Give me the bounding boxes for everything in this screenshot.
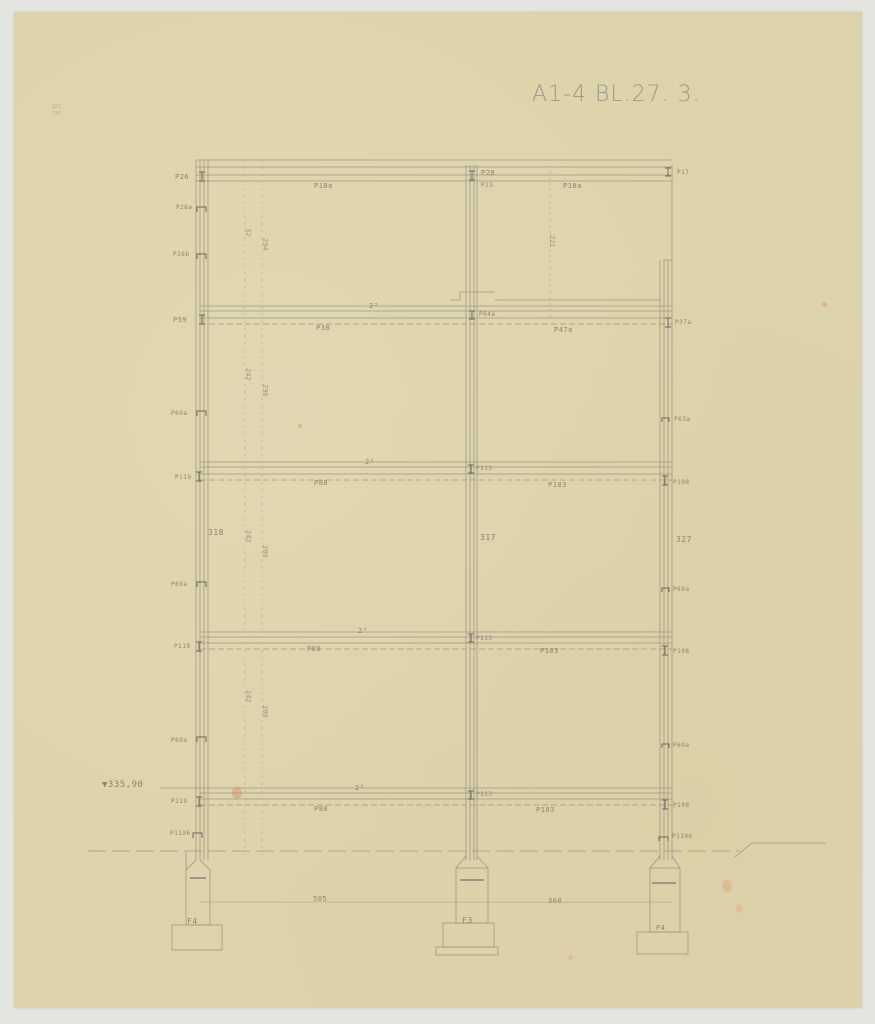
label-center-5: P113 — [476, 791, 492, 798]
beam-label-right-1: P47a — [554, 326, 573, 334]
label-right-0: P17 — [677, 169, 689, 176]
beam-label-right-3: P103 — [540, 647, 559, 655]
label-right-3: P108 — [673, 479, 689, 486]
label-center-1: P23 — [481, 182, 493, 189]
dimension-text: 32 — [244, 228, 252, 236]
column-section-right: 327 — [676, 535, 692, 544]
elevation-mark: ▼335,90 — [102, 780, 143, 790]
slab-label-2: 2³ — [358, 627, 367, 635]
dimension-text: 242 — [244, 530, 252, 543]
dimension-text: 242 — [244, 368, 252, 381]
label-left-8: P69a — [171, 737, 187, 744]
label-left-1: P26a — [176, 204, 192, 211]
label-left-3: P59 — [173, 316, 187, 324]
beam-label-left-0: P18a — [314, 182, 333, 190]
label-left-6: P69a — [171, 581, 187, 588]
label-left-7: P119 — [174, 643, 190, 650]
footing-label-left: F4 — [187, 917, 198, 926]
beam-label-left-2: P88 — [314, 479, 328, 487]
beam-label-left-4: P88 — [314, 805, 328, 813]
label-right-8: P1196 — [672, 833, 693, 840]
column-section-left: 318 — [208, 528, 224, 537]
label-left-2: P26b — [173, 251, 189, 258]
label-right-2: P63a — [674, 416, 690, 423]
label-center-0: P20 — [481, 169, 495, 177]
label-right-5: P108 — [673, 648, 689, 655]
footing-label-center: F3 — [462, 916, 473, 925]
label-center-3: P113 — [476, 465, 492, 472]
sheet-title: A1-4 BL.27. 3. — [532, 82, 701, 107]
beam-label-left-1: P38 — [316, 324, 330, 332]
footing-label-right: F4 — [656, 924, 665, 932]
dimension-text: 221 — [548, 235, 556, 248]
slab-label-1: 2³ — [365, 458, 374, 466]
span-dimension-right: 360 — [548, 897, 562, 905]
dimension-text: 242 — [244, 690, 252, 703]
span-dimension-left: 505 — [313, 895, 327, 903]
label-right-4: P69a — [673, 586, 689, 593]
label-center-2: P64a — [479, 311, 495, 318]
structural-section-drawing — [0, 0, 875, 1024]
beam-label-right-0: P18a — [563, 182, 582, 190]
label-left-0: P26 — [175, 173, 189, 181]
label-right-6: P69a — [673, 742, 689, 749]
label-left-9: P119 — [171, 798, 187, 805]
dimension-text: 294 — [261, 238, 269, 251]
dimension-text: 296 — [261, 384, 269, 397]
beam-label-left-3: P88 — [307, 645, 321, 653]
beam-label-right-2: P103 — [548, 481, 567, 489]
label-center-4: P113 — [476, 635, 492, 642]
label-left-5: P119 — [175, 474, 191, 481]
label-left-10: P1196 — [170, 830, 191, 837]
corner-note: ΔΣΙΣΘΡ — [52, 104, 61, 118]
label-right-7: P108 — [673, 802, 689, 809]
slab-label-0: 2³ — [369, 302, 378, 310]
label-left-4: P60a — [171, 410, 187, 417]
dimension-text: 200 — [261, 705, 269, 718]
label-right-1: P37a — [675, 319, 691, 326]
dimension-text: 200 — [261, 545, 269, 558]
beam-label-right-4: P103 — [536, 806, 555, 814]
slab-label-3: 2³ — [355, 784, 364, 792]
column-section-center: 317 — [480, 533, 496, 542]
